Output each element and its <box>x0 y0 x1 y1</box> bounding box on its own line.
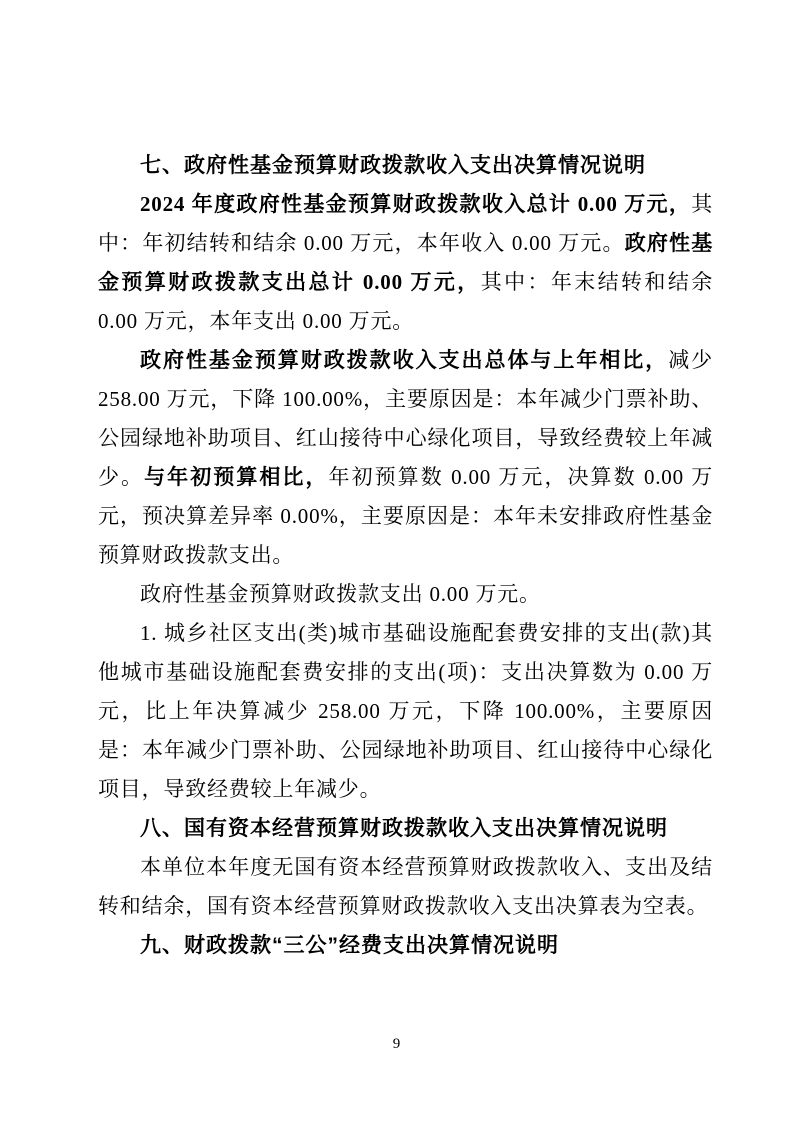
para-state-capital-empty-table-note: 本单位本年度无国有资本经营预算财政拨款收入、支出及结转和结余，国有资本经营预算财… <box>98 848 713 926</box>
para-urban-community-expenditure-item: 1. 城乡社区支出(类)城市基础设施配套费安排的支出(款)其他城市基础设施配套费… <box>98 614 713 809</box>
document-page: 七、政府性基金预算财政拨款收入支出决算情况说明 2024 年度政府性基金预算财政… <box>0 0 793 1122</box>
text-run-bold: 2024 年度政府性基金预算财政拨款收入总计 0.00 万元， <box>140 192 691 216</box>
text-run: 本单位本年度无国有资本经营预算财政拨款收入、支出及结转和结余，国有资本经营预算财… <box>98 855 713 918</box>
page-footer: 9 <box>0 1035 793 1053</box>
text-run: 1. 城乡社区支出(类)城市基础设施配套费安排的支出(款)其他城市基础设施配套费… <box>98 621 713 801</box>
para-gov-fund-expenditure-total: 政府性基金预算财政拨款支出 0.00 万元。 <box>98 575 713 614</box>
para-gov-fund-income-expenditure-totals: 2024 年度政府性基金预算财政拨款收入总计 0.00 万元，其中：年初结转和结… <box>98 185 713 341</box>
page-number: 9 <box>393 1036 401 1052</box>
document-body: 七、政府性基金预算财政拨款收入支出决算情况说明 2024 年度政府性基金预算财政… <box>98 146 713 965</box>
text-run: 政府性基金预算财政拨款支出 0.00 万元。 <box>140 582 541 606</box>
section-heading-gov-fund-budget: 七、政府性基金预算财政拨款收入支出决算情况说明 <box>98 146 713 185</box>
section-heading-state-capital-budget: 八、国有资本经营预算财政拨款收入支出决算情况说明 <box>98 809 713 848</box>
text-run-bold: 政府性基金预算财政拨款收入支出总体与上年相比， <box>140 348 668 372</box>
section-heading-three-public-expenses: 九、财政拨款“三公”经费支出决算情况说明 <box>98 926 713 965</box>
text-run-bold: 与年初预算相比， <box>144 465 328 489</box>
para-gov-fund-yoy-and-budget-comparison: 政府性基金预算财政拨款收入支出总体与上年相比，减少 258.00 万元，下降 1… <box>98 341 713 575</box>
